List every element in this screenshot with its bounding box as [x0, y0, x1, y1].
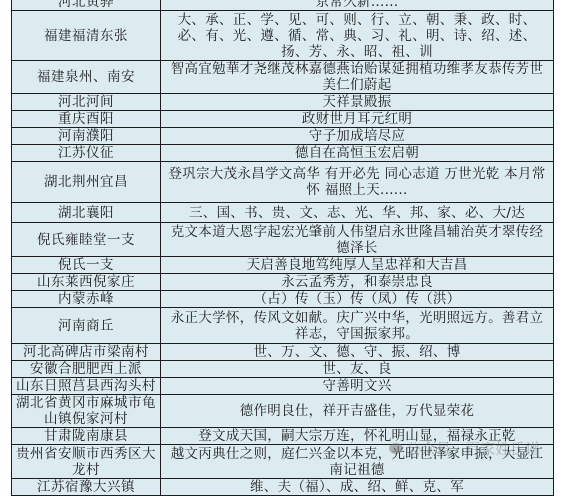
region-cell: 重庆酉阳: [12, 111, 161, 128]
region-cell: 内蒙赤峰: [12, 291, 161, 308]
table-row: 倪氏雍睦堂一支克文本道大恩字起宏光肇前人伟望启永世隆昌辅治英才翠传经德泽长: [12, 223, 554, 257]
generation-names-cell: 登文成天国，嗣大宗万连，怀礼明山显，福禄永正乾: [161, 428, 554, 445]
generation-names-cell: 登巩宗大茂永昌学文高华 有开必先 同心志道 万世光乾 本月常怀 福照上天....…: [161, 162, 554, 203]
table-row: 河北黄骅京常久新......: [12, 0, 554, 11]
region-cell: 福建福清东张: [12, 11, 161, 61]
table-row: 山东莱西倪家庄永云孟秀芳，和泰崇忠良: [12, 274, 554, 291]
region-cell: 河南濮阳: [12, 128, 161, 145]
region-cell: 倪氏雍睦堂一支: [12, 223, 161, 257]
table-row: 贵州省安顺市西秀区大龙村越文丙典仕之则，庭仁兴金以本克，光昭世泽家申振，大显江南…: [12, 445, 554, 479]
generation-names-cell: 世、友、良: [161, 361, 554, 378]
generation-names-cell: 智高宜勉華才尧继茂林嘉德燕诒贻谋延拥植功维孝友恭传芳世美仁们蔚起: [161, 61, 554, 94]
generation-names-table: 河北黄骅京常久新......福建福清东张大、承、正、学、见、可、则、行、立、朝、…: [11, 0, 554, 496]
region-cell: 河南商丘: [12, 308, 161, 344]
table-row: 山东日照莒县西沟头村守善明文兴: [12, 378, 554, 395]
generation-names-cell: 天启善良地笃纯厚人呈忠祥和大吉昌: [161, 257, 554, 274]
table-row: 江苏仪征德自在高恒玉宏启朝: [12, 145, 554, 162]
generation-names-cell: 大、承、正、学、见、可、则、行、立、朝、秉、政、时、必、有、光、遵、循、常、典、…: [161, 11, 554, 61]
table-row: 福建泉州、南安智高宜勉華才尧继茂林嘉德燕诒贻谋延拥植功维孝友恭传芳世美仁们蔚起: [12, 61, 554, 94]
region-cell: 甘肃陇南康县: [12, 428, 161, 445]
table-row: 倪氏一支天启善良地笃纯厚人呈忠祥和大吉昌: [12, 257, 554, 274]
region-cell: 安徽合肥肥西上派: [12, 361, 161, 378]
region-cell: 河北河间: [12, 94, 161, 111]
table-row: 河北河间天祥景殿振: [12, 94, 554, 111]
table-row: 重庆酉阳政财世月耳元红明: [12, 111, 554, 128]
generation-names-cell: 维、夫（福）、成、绍、鲜、克、军: [161, 479, 554, 496]
table-row: 湖北襄阳三、国、书、贵、文、志、光、华、邦、家、必、大/达: [12, 203, 554, 223]
table-row: 河北高碑店市梁南村世、万、文、德、守、振、绍、博: [12, 344, 554, 361]
region-cell: 湖北省黄冈市麻城市龟山镇倪家河村: [12, 395, 161, 428]
generation-names-cell: 德自在高恒玉宏启朝: [161, 145, 554, 162]
table-row: 湖北省黄冈市麻城市龟山镇倪家河村德作明良仕，祥开吉盛佳，万代显荣花: [12, 395, 554, 428]
table-row: 福建福清东张大、承、正、学、见、可、则、行、立、朝、秉、政、时、必、有、光、遵、…: [12, 11, 554, 61]
region-cell: 山东日照莒县西沟头村: [12, 378, 161, 395]
region-cell: 倪氏一支: [12, 257, 161, 274]
table-row: 河南濮阳守子加成培尽应: [12, 128, 554, 145]
generation-names-cell: 政财世月耳元红明: [161, 111, 554, 128]
region-cell: 湖北襄阳: [12, 203, 161, 223]
table-body: 河北黄骅京常久新......福建福清东张大、承、正、学、见、可、则、行、立、朝、…: [12, 0, 554, 496]
table-row: 河南商丘永正大学怀，传风文如献。庆广兴中华，光明照远方。善君立祥志，守国振家邦。: [12, 308, 554, 344]
generation-names-cell: 越文丙典仕之则，庭仁兴金以本克，光昭世泽家申振，大显江南记祖德: [161, 445, 554, 479]
table-row: 江苏宿豫大兴镇维、夫（福）、成、绍、鲜、克、军: [12, 479, 554, 496]
region-cell: 河北黄骅: [12, 0, 161, 11]
region-cell: 湖北荆州宜昌: [12, 162, 161, 203]
generation-names-cell: 克文本道大恩字起宏光肇前人伟望启永世隆昌辅治英才翠传经德泽长: [161, 223, 554, 257]
region-cell: 山东莱西倪家庄: [12, 274, 161, 291]
generation-names-cell: 永正大学怀，传风文如献。庆广兴中华，光明照远方。善君立祥志，守国振家邦。: [161, 308, 554, 344]
region-cell: 贵州省安顺市西秀区大龙村: [12, 445, 161, 479]
table-row: 内蒙赤峰（占）传（玉）传（凤）传（洪）: [12, 291, 554, 308]
generation-names-cell: 三、国、书、贵、文、志、光、华、邦、家、必、大/达: [161, 203, 554, 223]
generation-names-cell: 京常久新......: [161, 0, 554, 11]
region-cell: 江苏仪征: [12, 145, 161, 162]
region-cell: 福建泉州、南安: [12, 61, 161, 94]
region-cell: 江苏宿豫大兴镇: [12, 479, 161, 496]
table-row: 湖北荆州宜昌登巩宗大茂永昌学文高华 有开必先 同心志道 万世光乾 本月常怀 福照…: [12, 162, 554, 203]
generation-names-cell: 永云孟秀芳，和泰崇忠良: [161, 274, 554, 291]
generation-names-cell: （占）传（玉）传（凤）传（洪）: [161, 291, 554, 308]
generation-names-cell: 世、万、文、德、守、振、绍、博: [161, 344, 554, 361]
generation-names-cell: 守善明文兴: [161, 378, 554, 395]
table-row: 甘肃陇南康县登文成天国，嗣大宗万连，怀礼明山显，福禄永正乾: [12, 428, 554, 445]
generation-names-cell: 守子加成培尽应: [161, 128, 554, 145]
table-row: 安徽合肥肥西上派世、友、良: [12, 361, 554, 378]
generation-names-cell: 德作明良仕，祥开吉盛佳，万代显荣花: [161, 395, 554, 428]
generation-names-cell: 天祥景殿振: [161, 94, 554, 111]
page: 河北黄骅京常久新......福建福清东张大、承、正、学、见、可、则、行、立、朝、…: [0, 0, 564, 496]
region-cell: 河北高碑店市梁南村: [12, 344, 161, 361]
